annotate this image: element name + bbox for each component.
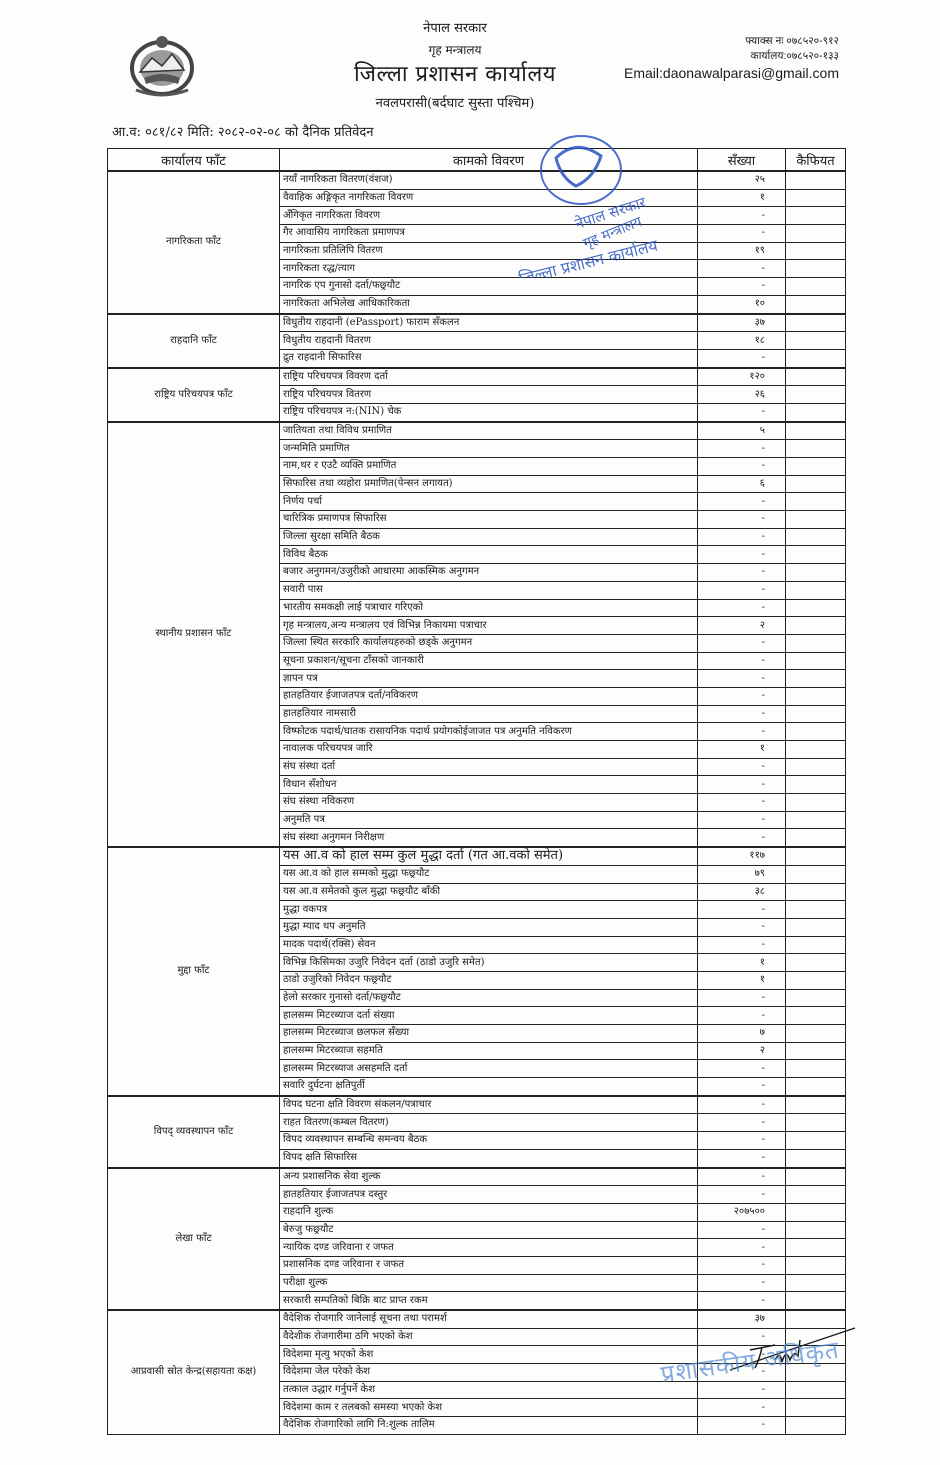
work-count: १ — [698, 954, 786, 972]
work-count: - — [698, 1168, 786, 1186]
remarks-cell — [786, 475, 846, 493]
remarks-cell — [786, 883, 846, 901]
work-count: ३७ — [698, 314, 786, 332]
work-count: - — [698, 829, 786, 847]
work-count: - — [698, 511, 786, 529]
work-count: - — [698, 1060, 786, 1078]
remarks-cell — [786, 723, 846, 741]
work-description: हातहतियार नामसारी — [280, 705, 698, 723]
work-description: जिल्ला सुरक्षा समिति बैठक — [280, 528, 698, 546]
work-description: ठाडो उजुरिको निवेदन फछ्र्यौट — [280, 971, 698, 989]
work-description: विदेशमा मृत्यु भएको केश — [280, 1346, 698, 1364]
remarks-cell — [786, 1096, 846, 1114]
work-count: १९ — [698, 242, 786, 260]
remarks-cell — [786, 847, 846, 865]
work-count: १२० — [698, 368, 786, 386]
remarks-cell — [786, 314, 846, 332]
remarks-cell — [786, 776, 846, 794]
table-row: राहदानि फाँटविधुतीय राहदानी (ePassport) … — [108, 314, 846, 332]
remarks-cell — [786, 278, 846, 296]
remarks-cell — [786, 1168, 846, 1186]
work-count: १ — [698, 189, 786, 207]
work-description: वैदेशिक रोजगारिको लागि नि:शुल्क तालिम — [280, 1417, 698, 1435]
section-name: आप्रवासी स्रोत केन्द्र(सहायता कक्ष) — [108, 1310, 280, 1434]
table-row: विपद् व्यवस्थापन फाँटविपद घटना क्षति विव… — [108, 1096, 846, 1114]
work-count: २६ — [698, 386, 786, 404]
remarks-cell — [786, 918, 846, 936]
work-description: सवारी पास — [280, 581, 698, 599]
remarks-cell — [786, 1310, 846, 1328]
work-description: नागरिकता अभिलेख आधिकारिकता — [280, 295, 698, 313]
remarks-cell — [786, 599, 846, 617]
work-description: हालसम्म मिटरब्याज दर्ता संख्या — [280, 1007, 698, 1025]
work-description: चारित्रिक प्रमाणपत्र सिफारिस — [280, 511, 698, 529]
work-count: - — [698, 901, 786, 919]
remarks-cell — [786, 260, 846, 278]
work-count: - — [698, 1399, 786, 1417]
work-count: - — [698, 1256, 786, 1274]
work-count: - — [698, 403, 786, 421]
work-description: तत्काल उद्धार गर्नुपर्ने केश — [280, 1381, 698, 1399]
remarks-cell — [786, 971, 846, 989]
work-description: विविध बैठक — [280, 546, 698, 564]
work-count: - — [698, 705, 786, 723]
work-count: २ — [698, 1042, 786, 1060]
remarks-cell — [786, 386, 846, 404]
remarks-cell — [786, 1149, 846, 1167]
work-count: ११७ — [698, 847, 786, 865]
remarks-cell — [786, 349, 846, 367]
table-row: नागरिकता फाँटनयाँ नागरिकता वितरण(वंशज)२५ — [108, 171, 846, 189]
column-header-remarks: कैफियत — [786, 149, 846, 172]
daily-report-table: कार्यालय फाँट कामको विवरण सँख्या कैफियत … — [107, 148, 846, 1435]
remarks-cell — [786, 1417, 846, 1435]
work-description: नागरिक एप गुनासो दर्ता/फछ्र्यौट — [280, 278, 698, 296]
column-header-section: कार्यालय फाँट — [108, 149, 280, 172]
work-description: बेरुजु फछ्र्यौट — [280, 1221, 698, 1239]
remarks-cell — [786, 403, 846, 421]
remarks-cell — [786, 1364, 846, 1382]
remarks-cell — [786, 1186, 846, 1204]
remarks-cell — [786, 1078, 846, 1096]
remarks-cell — [786, 493, 846, 511]
work-description: परीक्षा शुल्क — [280, 1274, 698, 1292]
work-description: विपद घटना क्षति विवरण संकलन/पत्राचार — [280, 1096, 698, 1114]
remarks-cell — [786, 581, 846, 599]
work-description: नागरिकता रद्ध/त्याग — [280, 260, 698, 278]
remarks-cell — [786, 242, 846, 260]
work-count: १ — [698, 741, 786, 759]
remarks-cell — [786, 1025, 846, 1043]
work-description: विभिन्न किसिमका उजुरि निवेदन दर्ता (ठाडो… — [280, 954, 698, 972]
work-description: राष्ट्रिय परिचयपत्र वितरण — [280, 386, 698, 404]
work-description: यस आ.व समेतको कुल मुद्धा फछ्र्यौट बाँकी — [280, 883, 698, 901]
office-phone: कार्यालय:०७८५२०-१३३ — [624, 49, 839, 64]
report-title: आ.व: ०८१/८२ मिति: २०८२-०२-०८ को दैनिक प्… — [112, 122, 374, 140]
work-description: हातहतियार ईजाजतपत्र दस्तुर — [280, 1186, 698, 1204]
remarks-cell — [786, 1239, 846, 1257]
work-description: विधान सँशोधन — [280, 776, 698, 794]
remarks-cell — [786, 794, 846, 812]
remarks-cell — [786, 189, 846, 207]
work-count: - — [698, 440, 786, 458]
work-count: - — [698, 1096, 786, 1114]
work-description: भारतीय समकक्षी लाई पत्राचार गरिएको — [280, 599, 698, 617]
work-description: प्रशासनिक दण्ड जरिवाना र जफत — [280, 1256, 698, 1274]
work-description: अँगिकृत नागरिकता विवरण — [280, 207, 698, 225]
work-description: राहत वितरण(कम्बल वितरण) — [280, 1114, 698, 1132]
table-row: आप्रवासी स्रोत केन्द्र(सहायता कक्ष)वैदेश… — [108, 1310, 846, 1328]
work-count: - — [698, 936, 786, 954]
work-description: विष्फोटक पदार्थ/घातक रासायनिक पदार्थ प्र… — [280, 723, 698, 741]
work-count: - — [698, 723, 786, 741]
remarks-cell — [786, 989, 846, 1007]
remarks-cell — [786, 511, 846, 529]
remarks-cell — [786, 225, 846, 243]
column-header-description: कामको विवरण — [280, 149, 698, 172]
work-description: मुद्धा वकपत्र — [280, 901, 698, 919]
work-description: गैर आवासिय नागरिकता प्रमाणपत्र — [280, 225, 698, 243]
remarks-cell — [786, 1292, 846, 1310]
remarks-cell — [786, 1381, 846, 1399]
work-count: - — [698, 564, 786, 582]
work-count: - — [698, 349, 786, 367]
work-count: - — [698, 1186, 786, 1204]
work-description: विधुतीय राहदानी वितरण — [280, 332, 698, 350]
work-description: हालसम्म मिटरब्याज असहमति दर्ता — [280, 1060, 698, 1078]
remarks-cell — [786, 1203, 846, 1221]
remarks-cell — [786, 1221, 846, 1239]
work-count: - — [698, 278, 786, 296]
remarks-cell — [786, 207, 846, 225]
work-description: संघ संस्था दर्ता — [280, 758, 698, 776]
work-count: २ — [698, 617, 786, 635]
work-description: वैवाहिक अङ्गिकृत नागरिकता विवरण — [280, 189, 698, 207]
table-row: मुद्दा फाँटयस आ.व को हाल सम्म कुल मुद्धा… — [108, 847, 846, 865]
work-count: - — [698, 581, 786, 599]
section-name: नागरिकता फाँट — [108, 171, 280, 314]
remarks-cell — [786, 1328, 846, 1346]
work-count: - — [698, 260, 786, 278]
work-description: संघ संस्था अनुगमन निरीक्षण — [280, 829, 698, 847]
remarks-cell — [786, 368, 846, 386]
work-count: - — [698, 687, 786, 705]
remarks-cell — [786, 954, 846, 972]
work-description: नाम,थर र एउटै व्यक्ति प्रमाणित — [280, 458, 698, 476]
table-row: राष्ट्रिय परिचयपत्र फाँटराष्ट्रिय परिचयप… — [108, 368, 846, 386]
work-count: - — [698, 546, 786, 564]
remarks-cell — [786, 1346, 846, 1364]
column-header-count: सँख्या — [698, 149, 786, 172]
work-description: संघ संस्था नविकरण — [280, 794, 698, 812]
work-count: - — [698, 1132, 786, 1150]
work-count: - — [698, 776, 786, 794]
table-body: नागरिकता फाँटनयाँ नागरिकता वितरण(वंशज)२५… — [108, 171, 846, 1434]
remarks-cell — [786, 171, 846, 189]
work-description: वैदेशीक रोजगारीमा ठगि भएको केश — [280, 1328, 698, 1346]
work-count: - — [698, 528, 786, 546]
work-description: राष्ट्रिय परिचयपत्र विवरण दर्ता — [280, 368, 698, 386]
letterhead: नेपाल सरकार गृह मन्त्रालय जिल्ला प्रशासन… — [300, 18, 610, 114]
remarks-cell — [786, 634, 846, 652]
work-description: विदेशमा काम र तलबको समस्या भएको केश — [280, 1399, 698, 1417]
work-description: जिल्ला स्थित सरकारि कार्यालयहरुको छड्के … — [280, 634, 698, 652]
district-name: नवलपरासी(बर्दघाट सुस्ता पश्चिम) — [300, 94, 610, 114]
work-description: विधुतीय राहदानी (ePassport) फाराम सँकलन — [280, 314, 698, 332]
remarks-cell — [786, 865, 846, 883]
work-count: - — [698, 652, 786, 670]
remarks-cell — [786, 617, 846, 635]
work-count: - — [698, 493, 786, 511]
remarks-cell — [786, 1042, 846, 1060]
work-description: गृह मन्त्रालय,अन्य मन्त्रालय एवं विभिन्न… — [280, 617, 698, 635]
work-count: २०७५०० — [698, 1203, 786, 1221]
remarks-cell — [786, 1274, 846, 1292]
remarks-cell — [786, 1132, 846, 1150]
work-count: - — [698, 1364, 786, 1382]
work-count: - — [698, 1381, 786, 1399]
remarks-cell — [786, 829, 846, 847]
table-row: लेखा फाँटअन्य प्रशासनिक सेवा शुल्क- — [108, 1168, 846, 1186]
remarks-cell — [786, 1007, 846, 1025]
work-description: यस आ.व को हाल सम्म कुल मुद्धा दर्ता (गत … — [280, 847, 698, 865]
remarks-cell — [786, 1114, 846, 1132]
section-name: स्थानीय प्रशासन फाँट — [108, 422, 280, 848]
work-description: न्यायिक दण्ड जरिवाना र जफत — [280, 1239, 698, 1257]
work-count: - — [698, 758, 786, 776]
work-count: - — [698, 599, 786, 617]
work-count: ३८ — [698, 883, 786, 901]
section-name: राष्ट्रिय परिचयपत्र फाँट — [108, 368, 280, 422]
work-count: - — [698, 458, 786, 476]
work-count: - — [698, 918, 786, 936]
section-name: विपद् व्यवस्थापन फाँट — [108, 1096, 280, 1168]
work-description: नावालक परिचयपत्र जारि — [280, 741, 698, 759]
work-description: विपद व्यवस्थापन सम्बन्धि समन्वय बैठक — [280, 1132, 698, 1150]
work-description: सवारि दुर्घटना क्षतिपुर्ती — [280, 1078, 698, 1096]
remarks-cell — [786, 901, 846, 919]
work-description: द्रुत राहदानी सिफारिस — [280, 349, 698, 367]
remarks-cell — [786, 1256, 846, 1274]
work-description: सूचना प्रकाशन/सूचना टाँसको जानकारी — [280, 652, 698, 670]
work-count: १० — [698, 295, 786, 313]
remarks-cell — [786, 422, 846, 440]
remarks-cell — [786, 1060, 846, 1078]
work-description: विदेशमा जेल परेको केश — [280, 1364, 698, 1382]
work-description: नागरिकता प्रतिलिपि वितरण — [280, 242, 698, 260]
work-count: - — [698, 1221, 786, 1239]
work-count: - — [698, 1292, 786, 1310]
work-description: सरकारी सम्पतिको बिक्रि बाट प्राप्त रकम — [280, 1292, 698, 1310]
work-description: मुद्धा म्याद थप अनुमति — [280, 918, 698, 936]
work-description: राष्ट्रिय परिचयपत्र न:(NIN) चेक — [280, 403, 698, 421]
work-count: - — [698, 989, 786, 1007]
work-description: यस आ.व को हाल सम्मको मुद्धा फछ्र्यौट — [280, 865, 698, 883]
remarks-cell — [786, 332, 846, 350]
fax-number: फ्याक्स नः ०७८५२०-९१२ — [624, 34, 839, 49]
work-description: जातियता तथा विविध प्रमाणित — [280, 422, 698, 440]
work-count: १ — [698, 971, 786, 989]
work-count: - — [698, 1078, 786, 1096]
remarks-cell — [786, 652, 846, 670]
work-count: - — [698, 225, 786, 243]
work-description: विपद क्षति सिफारिस — [280, 1149, 698, 1167]
work-description: ज्ञापन पत्र — [280, 670, 698, 688]
remarks-cell — [786, 1399, 846, 1417]
remarks-cell — [786, 811, 846, 829]
work-count: २५ — [698, 171, 786, 189]
work-count: ३७ — [698, 1310, 786, 1328]
work-count: १८ — [698, 332, 786, 350]
work-count: - — [698, 1007, 786, 1025]
office-name: जिल्ला प्रशासन कार्यालय — [300, 60, 610, 90]
remarks-cell — [786, 758, 846, 776]
work-description: राहदानि शुल्क — [280, 1203, 698, 1221]
remarks-cell — [786, 528, 846, 546]
remarks-cell — [786, 440, 846, 458]
work-count: - — [698, 634, 786, 652]
work-count: - — [698, 207, 786, 225]
remarks-cell — [786, 705, 846, 723]
work-description: सिफारिस तथा व्यहोरा प्रमाणित(पेन्सन लगाय… — [280, 475, 698, 493]
work-count: - — [698, 1328, 786, 1346]
work-count: - — [698, 1346, 786, 1364]
work-description: मादक पदार्थ(रक्सि) सेवन — [280, 936, 698, 954]
work-count: - — [698, 1274, 786, 1292]
work-description: नयाँ नागरिकता वितरण(वंशज) — [280, 171, 698, 189]
work-count: - — [698, 794, 786, 812]
remarks-cell — [786, 458, 846, 476]
ministry-name: गृह मन्त्रालय — [300, 40, 610, 60]
remarks-cell — [786, 741, 846, 759]
work-count: ७९ — [698, 865, 786, 883]
remarks-cell — [786, 546, 846, 564]
government-name: नेपाल सरकार — [300, 18, 610, 40]
remarks-cell — [786, 687, 846, 705]
email-address: Email:daonawalparasi@gmail.com — [624, 64, 839, 82]
work-description: निर्णय पर्चा — [280, 493, 698, 511]
section-name: लेखा फाँट — [108, 1168, 280, 1311]
work-count: - — [698, 1114, 786, 1132]
work-description: वैदेशिक रोजगारि जानेलाई सूचना तथा परामर्… — [280, 1310, 698, 1328]
work-description: हालसम्म मिटरब्याज सहमति — [280, 1042, 698, 1060]
work-description: बजार अनुगमन/उजुरीको आधारमा आकस्मिक अनुगम… — [280, 564, 698, 582]
work-count: - — [698, 811, 786, 829]
section-name: राहदानि फाँट — [108, 314, 280, 368]
work-description: हालसम्म मिटरब्याज छलफल सँख्या — [280, 1025, 698, 1043]
table-header-row: कार्यालय फाँट कामको विवरण सँख्या कैफियत — [108, 149, 846, 172]
work-count: - — [698, 1239, 786, 1257]
nepal-emblem-icon — [122, 32, 202, 100]
work-count: ५ — [698, 422, 786, 440]
work-description: अनुमति पत्र — [280, 811, 698, 829]
remarks-cell — [786, 295, 846, 313]
work-count: ६ — [698, 475, 786, 493]
work-count: - — [698, 670, 786, 688]
contact-info: फ्याक्स नः ०७८५२०-९१२ कार्यालय:०७८५२०-१३… — [624, 34, 839, 82]
work-description: अन्य प्रशासनिक सेवा शुल्क — [280, 1168, 698, 1186]
work-description: हेलो सरकार गुनासो दर्ता/फछ्र्यौट — [280, 989, 698, 1007]
work-count: - — [698, 1149, 786, 1167]
work-count: - — [698, 1417, 786, 1435]
work-description: जन्ममिति प्रमाणित — [280, 440, 698, 458]
table-row: स्थानीय प्रशासन फाँटजातियता तथा विविध प्… — [108, 422, 846, 440]
remarks-cell — [786, 564, 846, 582]
remarks-cell — [786, 936, 846, 954]
section-name: मुद्दा फाँट — [108, 847, 280, 1096]
remarks-cell — [786, 670, 846, 688]
work-count: ७ — [698, 1025, 786, 1043]
work-description: हातहतियार ईजाजतपत्र दर्ता/नविकरण — [280, 687, 698, 705]
